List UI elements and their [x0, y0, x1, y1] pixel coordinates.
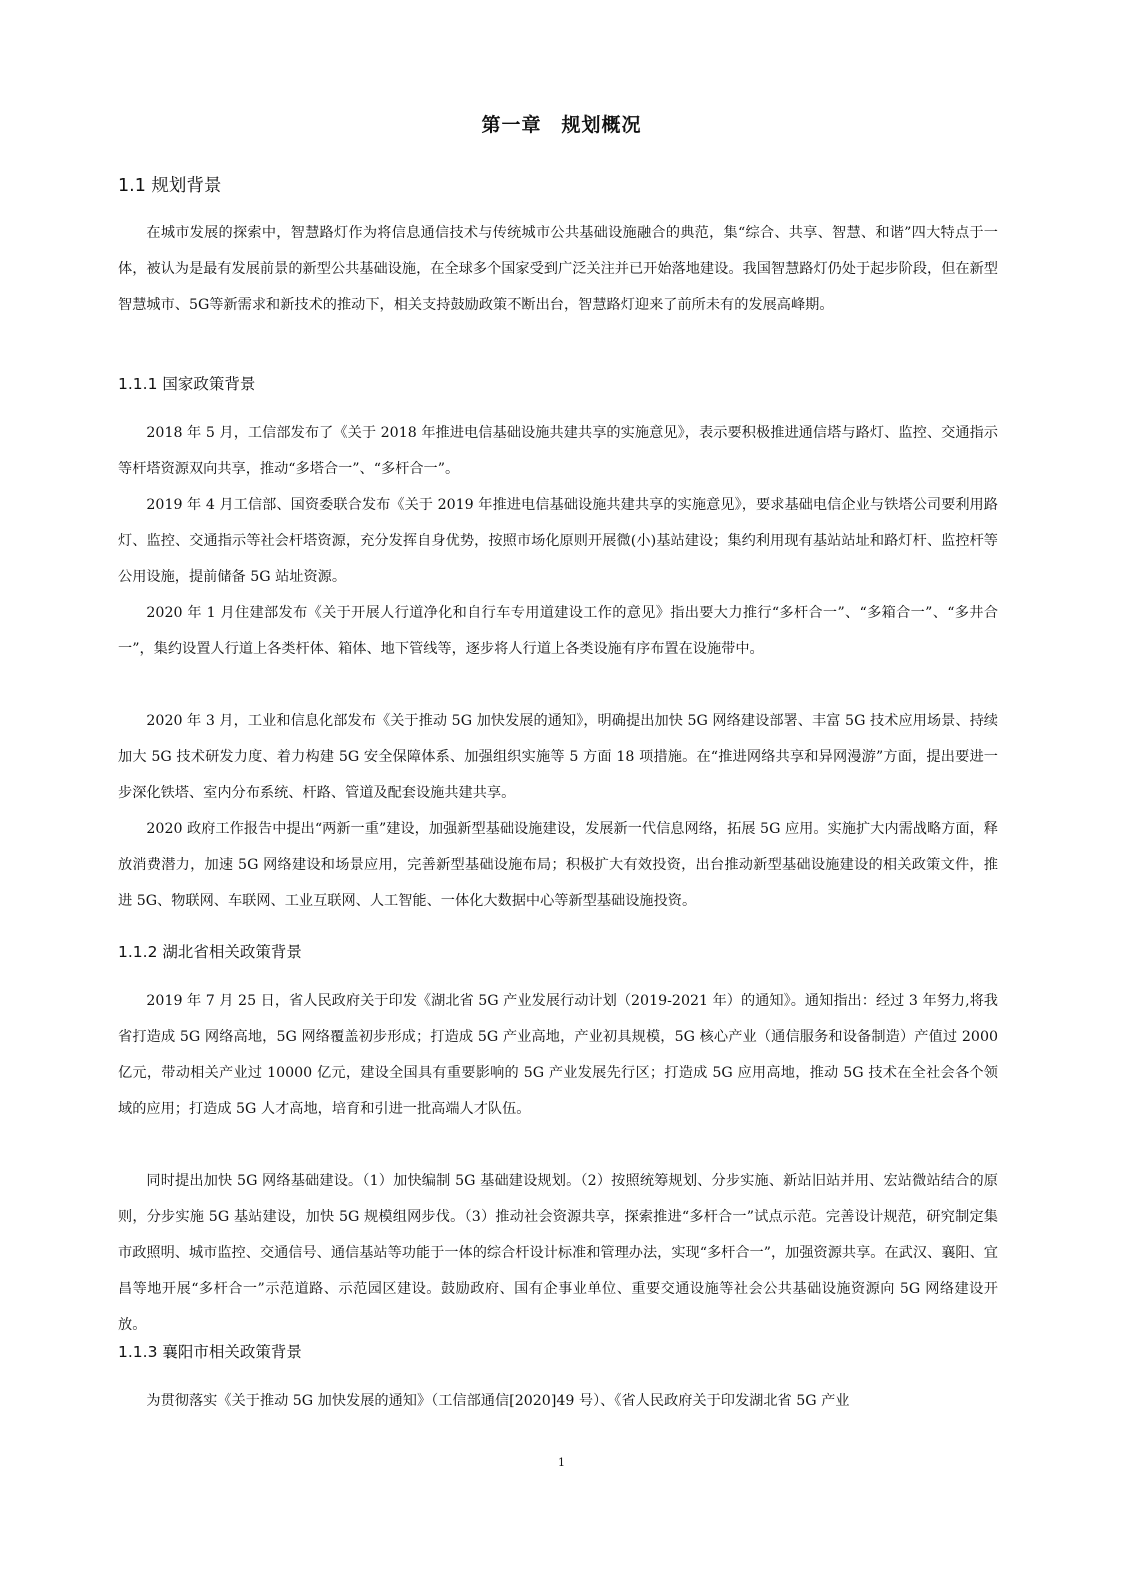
section-heading-1-1: 1.1 规划背景 [118, 172, 221, 197]
paragraph-background: 在城市发展的探索中，智慧路灯作为将信息通信技术与传统城市公共基础设施融合的典范，… [118, 215, 998, 323]
paragraph-xiangyang: 为贯彻落实《关于推动 5G 加快发展的通知》（工信部通信[2020]49 号）、… [118, 1383, 998, 1419]
paragraph-national-2018: 2018 年 5 月，工信部发布了《关于 2018 年推进电信基础设施共建共享的… [118, 415, 998, 487]
chapter-title: 第一章 规划概况 [0, 110, 1123, 137]
page-number: 1 [0, 1456, 1123, 1469]
section-heading-1-1-2: 1.1.2 湖北省相关政策背景 [118, 940, 302, 962]
paragraph-hubei-plan: 2019 年 7 月 25 日，省人民政府关于印发《湖北省 5G 产业发展行动计… [118, 983, 998, 1127]
section-heading-1-1-1: 1.1.1 国家政策背景 [118, 372, 255, 394]
document-page: 第一章 规划概况 1.1 规划背景 在城市发展的探索中，智慧路灯作为将信息通信技… [0, 0, 1123, 1588]
paragraph-national-2019: 2019 年 4 月工信部、国资委联合发布《关于 2019 年推进电信基础设施共… [118, 487, 998, 595]
paragraph-hubei-5g-infra: 同时提出加快 5G 网络基础建设。（1）加快编制 5G 基础建设规划。（2）按照… [118, 1163, 998, 1343]
paragraph-national-2020-mar: 2020 年 3 月，工业和信息化部发布《关于推动 5G 加快发展的通知》，明确… [118, 703, 998, 811]
paragraph-national-2020-report: 2020 政府工作报告中提出“两新一重”建设，加强新型基础设施建设，发展新一代信… [118, 811, 998, 919]
paragraph-national-2020-jan: 2020 年 1 月住建部发布《关于开展人行道净化和自行车专用道建设工作的意见》… [118, 595, 998, 667]
section-heading-1-1-3: 1.1.3 襄阳市相关政策背景 [118, 1340, 302, 1362]
